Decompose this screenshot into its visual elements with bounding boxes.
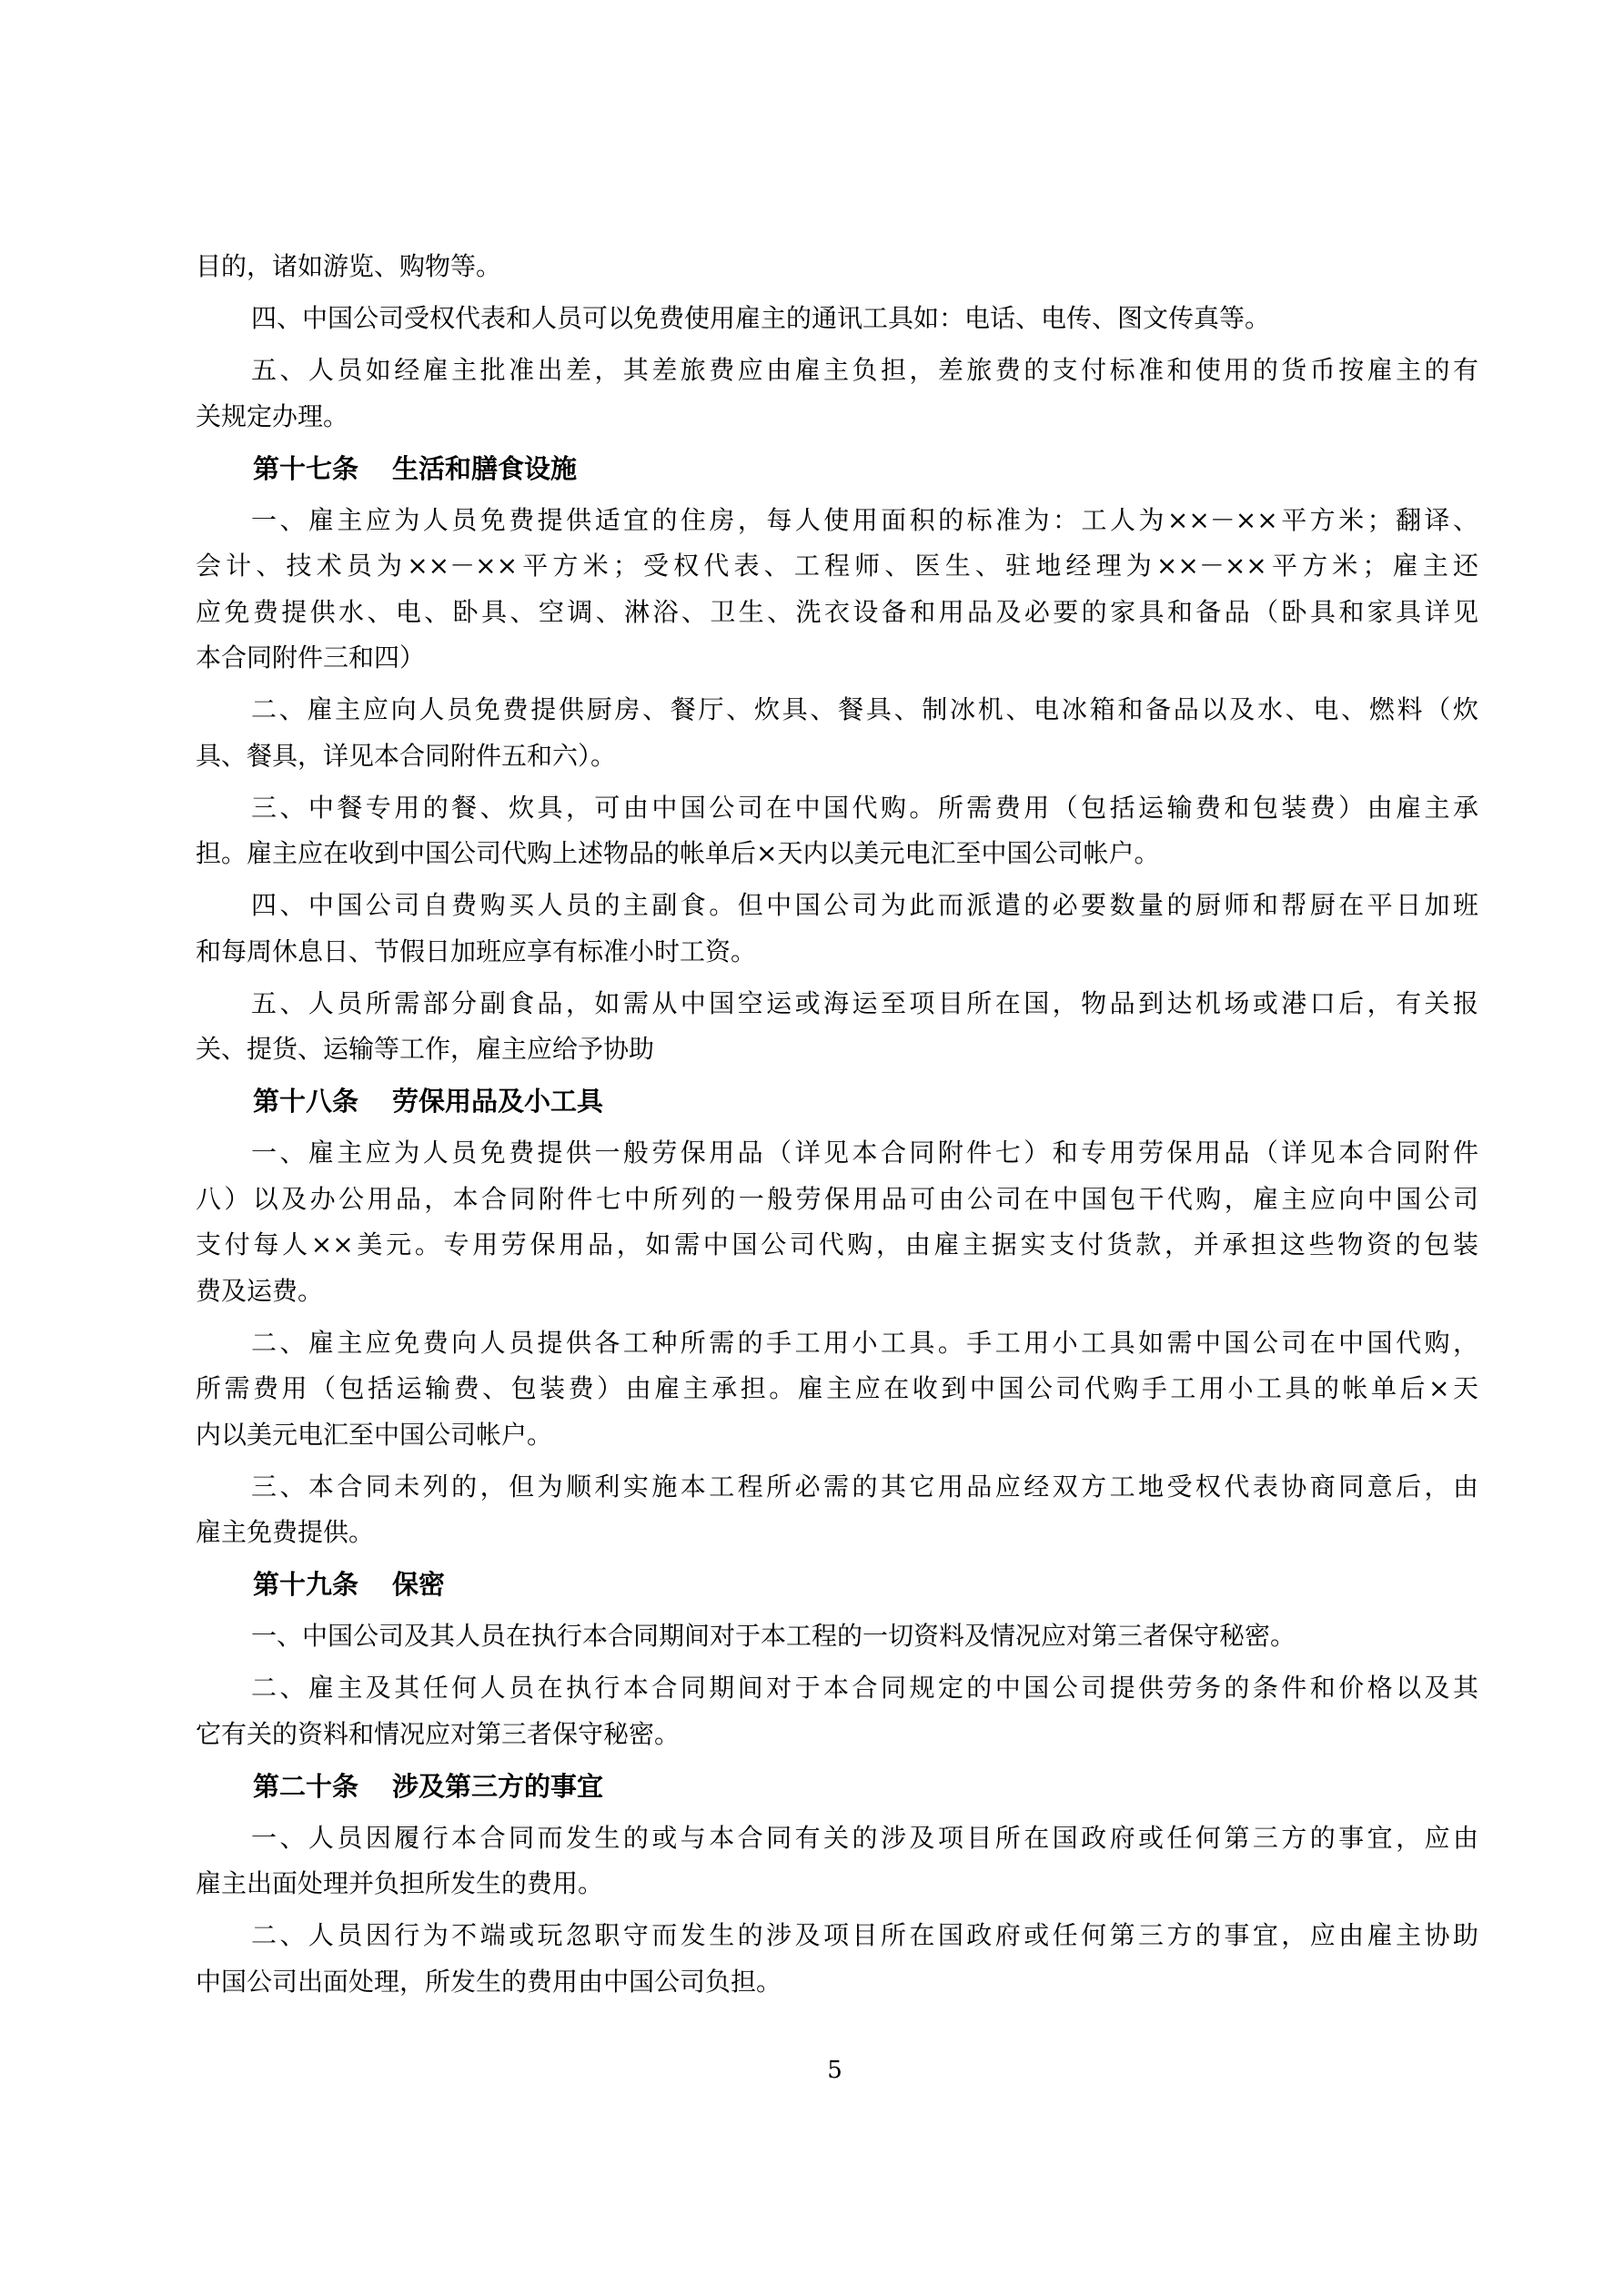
- article-number: 第二十条: [253, 1764, 358, 1810]
- text-line: 内以美元电汇至中国公司帐户。: [196, 1412, 1478, 1459]
- text-line: 一、雇主应为人员免费提供一般劳保用品（详见本合同附件七）和专用劳保用品（详见本合…: [196, 1130, 1478, 1177]
- text-line: 五、人员如经雇主批准出差，其差旅费应由雇主负担，差旅费的支付标准和使用的货币按雇…: [196, 348, 1478, 394]
- text-line: 具、餐具，详见本合同附件五和六）。: [196, 733, 1478, 780]
- text-line: 本合同附件三和四）: [196, 635, 1478, 682]
- article-title: 生活和膳食设施: [392, 453, 577, 484]
- text-line: 雇主免费提供。: [196, 1510, 1478, 1556]
- text-line: 一、中国公司及其人员在执行本合同期间对于本工程的一切资料及情况应对第三者保守秘密…: [196, 1613, 1478, 1660]
- document-page: 目的，诸如游览、购物等。四、中国公司受权代表和人员可以免费使用雇主的通讯工具如：…: [0, 0, 1624, 2296]
- paragraph: 一、雇主应为人员免费提供适宜的住房，每人使用面积的标准为：工人为××－××平方米…: [196, 498, 1478, 682]
- text-line: 担。雇主应在收到中国公司代购上述物品的帐单后×天内以美元电汇至中国公司帐户。: [196, 831, 1478, 877]
- text-line: 会计、技术员为××－××平方米；受权代表、工程师、医生、驻地经理为××－××平方…: [196, 543, 1478, 590]
- text-line: 二、人员因行为不端或玩忽职守而发生的涉及项目所在国政府或任何第三方的事宜，应由雇…: [196, 1913, 1478, 1959]
- article-heading: 第十八条劳保用品及小工具: [196, 1078, 1478, 1125]
- article-title: 涉及第三方的事宜: [392, 1771, 603, 1802]
- text-line: 它有关的资料和情况应对第三者保守秘密。: [196, 1712, 1478, 1758]
- paragraph: 二、人员因行为不端或玩忽职守而发生的涉及项目所在国政府或任何第三方的事宜，应由雇…: [196, 1913, 1478, 2005]
- paragraph: 五、人员所需部分副食品，如需从中国空运或海运至项目所在国，物品到达机场或港口后，…: [196, 981, 1478, 1073]
- article-heading: 第二十条涉及第三方的事宜: [196, 1764, 1478, 1810]
- text-line: 二、雇主应免费向人员提供各工种所需的手工用小工具。手工用小工具如需中国公司在中国…: [196, 1320, 1478, 1367]
- text-line: 二、雇主应向人员免费提供厨房、餐厅、炊具、餐具、制冰机、电冰箱和备品以及水、电、…: [196, 687, 1478, 733]
- paragraph: 一、雇主应为人员免费提供一般劳保用品（详见本合同附件七）和专用劳保用品（详见本合…: [196, 1130, 1478, 1314]
- text-line: 三、中餐专用的餐、炊具，可由中国公司在中国代购。所需费用（包括运输费和包装费）由…: [196, 785, 1478, 832]
- text-line: 四、中国公司自费购买人员的主副食。但中国公司为此而派遣的必要数量的厨师和帮厨在平…: [196, 883, 1478, 929]
- text-line: 应免费提供水、电、卧具、空调、淋浴、卫生、洗衣设备和用品及必要的家具和备品（卧具…: [196, 590, 1478, 636]
- paragraph: 一、人员因履行本合同而发生的或与本合同有关的涉及项目所在国政府或任何第三方的事宜…: [196, 1816, 1478, 1907]
- paragraph: 四、中国公司自费购买人员的主副食。但中国公司为此而派遣的必要数量的厨师和帮厨在平…: [196, 883, 1478, 975]
- text-line: 一、人员因履行本合同而发生的或与本合同有关的涉及项目所在国政府或任何第三方的事宜…: [196, 1816, 1478, 1862]
- paragraph: 二、雇主应免费向人员提供各工种所需的手工用小工具。手工用小工具如需中国公司在中国…: [196, 1320, 1478, 1459]
- article-heading: 第十七条生活和膳食设施: [196, 446, 1478, 492]
- paragraph: 目的，诸如游览、购物等。: [196, 244, 1478, 290]
- text-line: 费及运费。: [196, 1269, 1478, 1315]
- text-line: 和每周休息日、节假日加班应享有标准小时工资。: [196, 929, 1478, 976]
- text-line: 雇主出面处理并负担所发生的费用。: [196, 1861, 1478, 1907]
- document-body: 目的，诸如游览、购物等。四、中国公司受权代表和人员可以免费使用雇主的通讯工具如：…: [196, 244, 1478, 2005]
- paragraph: 三、中餐专用的餐、炊具，可由中国公司在中国代购。所需费用（包括运输费和包装费）由…: [196, 785, 1478, 877]
- text-line: 一、雇主应为人员免费提供适宜的住房，每人使用面积的标准为：工人为××－××平方米…: [196, 498, 1478, 544]
- text-line: 八）以及办公用品，本合同附件七中所列的一般劳保用品可由公司在中国包干代购，雇主应…: [196, 1177, 1478, 1223]
- paragraph: 一、中国公司及其人员在执行本合同期间对于本工程的一切资料及情况应对第三者保守秘密…: [196, 1613, 1478, 1660]
- article-number: 第十九条: [253, 1562, 358, 1608]
- text-line: 五、人员所需部分副食品，如需从中国空运或海运至项目所在国，物品到达机场或港口后，…: [196, 981, 1478, 1027]
- article-title: 保密: [392, 1569, 445, 1600]
- paragraph: 五、人员如经雇主批准出差，其差旅费应由雇主负担，差旅费的支付标准和使用的货币按雇…: [196, 348, 1478, 440]
- text-line: 四、中国公司受权代表和人员可以免费使用雇主的通讯工具如：电话、电传、图文传真等。: [196, 296, 1478, 342]
- paragraph: 二、雇主及其任何人员在执行本合同期间对于本合同规定的中国公司提供劳务的条件和价格…: [196, 1665, 1478, 1757]
- paragraph: 四、中国公司受权代表和人员可以免费使用雇主的通讯工具如：电话、电传、图文传真等。: [196, 296, 1478, 342]
- article-heading: 第十九条保密: [196, 1562, 1478, 1608]
- text-line: 支付每人××美元。专用劳保用品，如需中国公司代购，由雇主据实支付货款，并承担这些…: [196, 1222, 1478, 1269]
- text-line: 关规定办理。: [196, 394, 1478, 440]
- article-number: 第十八条: [253, 1078, 358, 1125]
- page-number: 5: [0, 2053, 1624, 2088]
- article-title: 劳保用品及小工具: [392, 1086, 603, 1117]
- text-line: 关、提货、运输等工作，雇主应给予协助: [196, 1027, 1478, 1073]
- paragraph: 三、本合同未列的，但为顺利实施本工程所必需的其它用品应经双方工地受权代表协商同意…: [196, 1464, 1478, 1556]
- text-line: 三、本合同未列的，但为顺利实施本工程所必需的其它用品应经双方工地受权代表协商同意…: [196, 1464, 1478, 1511]
- text-line: 目的，诸如游览、购物等。: [196, 244, 1478, 290]
- article-number: 第十七条: [253, 446, 358, 492]
- paragraph: 二、雇主应向人员免费提供厨房、餐厅、炊具、餐具、制冰机、电冰箱和备品以及水、电、…: [196, 687, 1478, 779]
- text-line: 二、雇主及其任何人员在执行本合同期间对于本合同规定的中国公司提供劳务的条件和价格…: [196, 1665, 1478, 1712]
- text-line: 中国公司出面处理，所发生的费用由中国公司负担。: [196, 1959, 1478, 2006]
- text-line: 所需费用（包括运输费、包装费）由雇主承担。雇主应在收到中国公司代购手工用小工具的…: [196, 1366, 1478, 1412]
